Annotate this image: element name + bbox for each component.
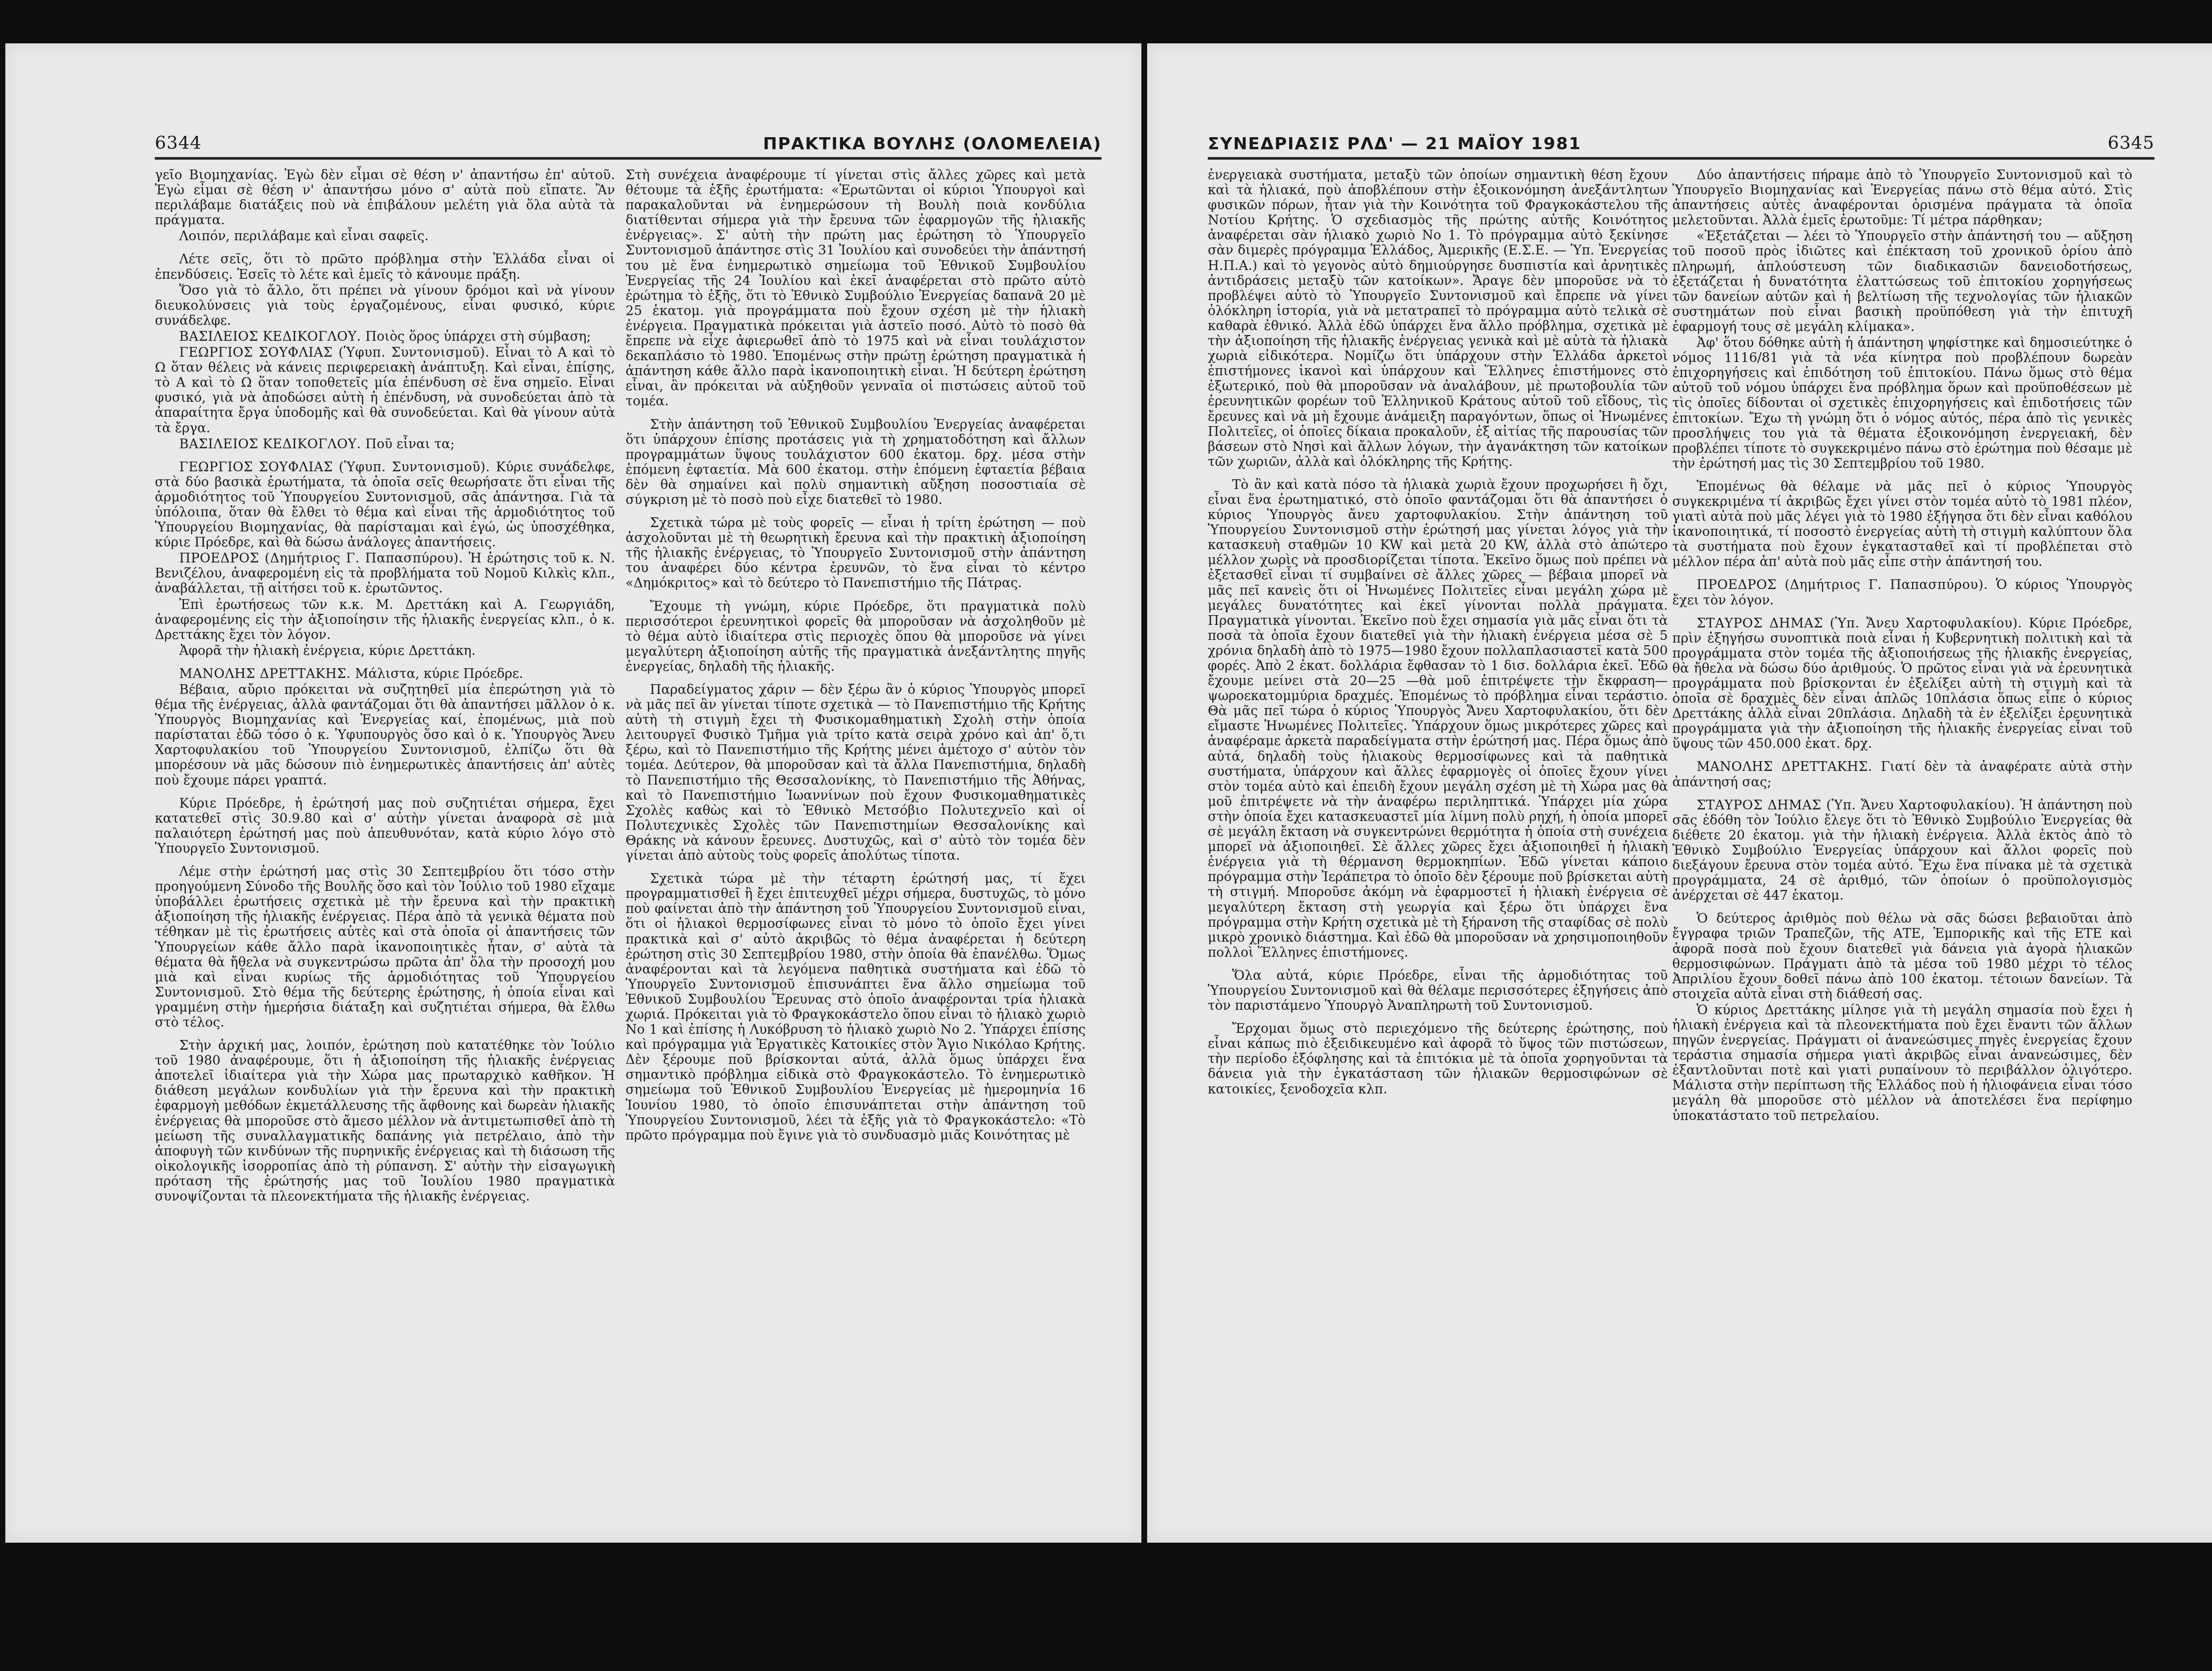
paragraph-text: Βέβαια, αὔριο πρόκειται νὰ συζητηθεῖ μία… (155, 682, 615, 788)
paragraph-text: Ὅσο γιὰ τὸ ἄλλο, ὅτι πρέπει νὰ γίνουν δρ… (155, 283, 615, 328)
text-column: Στὴ συνέχεια ἀναφέρουμε τί γίνεται στὶς … (626, 167, 1086, 1144)
paragraph-text: γεῖο Βιομηχανίας. Ἐγὼ δὲν εἶμαι σὲ θέση … (155, 167, 615, 227)
paragraph-text: Ὁ δεύτερος ἀριθμὸς ποὺ θέλω νὰ σᾶς δώσει… (1672, 911, 2132, 1001)
paragraph-text: Σχετικὰ τώρα μὲ τὴν τέταρτη ἐρώτησή μας,… (626, 871, 1086, 1143)
paragraph: Βέβαια, αὔριο πρόκειται νὰ συζητηθεῖ μία… (155, 682, 615, 788)
paragraph-text: Στὴ συνέχεια ἀναφέρουμε τί γίνεται στὶς … (626, 167, 1086, 408)
speaker-name: ΣΤΑΥΡΟΣ ΔΗΜΑΣ (Ὑπ. Ἄνευ Χαρτοφυλακίου). (1697, 797, 2020, 812)
speaker-name: ΜΑΝΟΛΗΣ ΔΡΕΤΤΑΚΗΣ. (179, 666, 355, 681)
paragraph-text: Κύριε Πρόεδρε, ἡ ἐρώτησή μας ποὺ συζητιέ… (155, 796, 615, 856)
paragraph-text: Τὸ ἂν καὶ κατὰ πόσο τὰ ἡλιακὰ χωριὰ ἔχου… (1208, 477, 1668, 960)
paragraph-text: Ἡ ἀπάντηση ποὺ σᾶς ἐδόθη τὸν Ἰούλιο ἔλεγ… (1672, 797, 2132, 903)
speaker-paragraph: ΠΡΟΕΔΡΟΣ (Δημήτριος Γ. Παπασπύρου). Ὁ κύ… (1672, 577, 2132, 607)
paragraph: γεῖο Βιομηχανίας. Ἐγὼ δὲν εἶμαι σὲ θέση … (155, 167, 615, 227)
paragraph-text: Ὁ κύριος Δρεττάκης μίλησε γιὰ τὴ μεγάλη … (1672, 1002, 2132, 1123)
paragraph: Λέτε σεῖς, ὅτι τὸ πρῶτο πρόβλημα στὴν Ἑλ… (155, 251, 615, 281)
header-rule (1208, 157, 2154, 160)
paragraph: Κύριε Πρόεδρε, ἡ ἐρώτησή μας ποὺ συζητιέ… (155, 796, 615, 856)
speaker-name: ΠΡΟΕΔΡΟΣ (Δημήτριος Γ. Παπασπύρου). (179, 551, 469, 566)
paragraph: Ὅλα αὐτά, κύριε Πρόεδρε, εἶναι τῆς ἁρμοδ… (1208, 968, 1668, 1013)
paragraph-text: Μάλιστα, κύριε Πρόεδρε. (355, 666, 523, 681)
speaker-name: ΓΕΩΡΓΙΟΣ ΣΟΥΦΛΙΑΣ (Ὑφυπ. Συντονισμοῦ). (179, 345, 495, 360)
speaker-name: ΓΕΩΡΓΙΟΣ ΣΟΥΦΛΙΑΣ (Ὑφυπ. Συντονισμοῦ). (179, 459, 496, 474)
speaker-name: ΠΡΟΕΔΡΟΣ (Δημήτριος Γ. Παπασπύρου). (1697, 577, 1996, 592)
paragraph: Ὁ δεύτερος ἀριθμὸς ποὺ θέλω νὰ σᾶς δώσει… (1672, 911, 2132, 1001)
speaker-paragraph: ΜΑΝΟΛΗΣ ΔΡΕΤΤΑΚΗΣ. Μάλιστα, κύριε Πρόεδρ… (155, 666, 615, 681)
speaker-paragraph: ΒΑΣΙΛΕΙΟΣ ΚΕΔΙΚΟΓΛΟΥ. Ποιὸς ὅρος ὑπάρχει… (155, 329, 615, 344)
paragraph-text: Ἀφ' ὅτου δόθηκε αὐτὴ ἡ ἀπάντηση ψηφίστηκ… (1672, 335, 2132, 471)
right-page: ΣΥΝΕΔΡΙΑΣΙΣ ΡΛΔ' — 21 ΜΑΪΟΥ 1981 6345 ἐν… (1147, 43, 2212, 1543)
paragraph: Σχετικὰ τώρα μὲ τὴν τέταρτη ἐρώτησή μας,… (626, 871, 1086, 1143)
paragraph-text: Ἔρχομαι ὅμως στὸ περιεχόμενο τῆς δεύτερη… (1208, 1021, 1668, 1096)
speaker-name: ΣΤΑΥΡΟΣ ΔΗΜΑΣ (Ὑπ. Ἄνευ Χαρτοφυλακίου). (1697, 616, 2029, 631)
speaker-paragraph: ΣΤΑΥΡΟΣ ΔΗΜΑΣ (Ὑπ. Ἄνευ Χαρτοφυλακίου). … (1672, 616, 2132, 751)
paragraph-text: Παραδείγματος χάριν — δὲν ξέρω ἂν ὁ κύρι… (626, 682, 1086, 863)
paragraph: Σχετικὰ τώρα μὲ τοὺς φορεῖς — εἶναι ἡ τρ… (626, 515, 1086, 590)
paragraph: Στὴ συνέχεια ἀναφέρουμε τί γίνεται στὶς … (626, 167, 1086, 409)
paragraph-text: Στὴν ἀπάντηση τοῦ Ἐθνικοῦ Συμβουλίου Ἐνε… (626, 417, 1086, 507)
paragraph-text: Δύο ἀπαντήσεις πήραμε ἀπὸ τὸ Ὑπουργεῖο Σ… (1672, 167, 2132, 227)
paragraph-text: Σχετικὰ τώρα μὲ τοὺς φορεῖς — εἶναι ἡ τρ… (626, 515, 1086, 590)
paragraph-text: Ὅλα αὐτά, κύριε Πρόεδρε, εἶναι τῆς ἁρμοδ… (1208, 968, 1668, 1013)
header-rule (155, 157, 1102, 160)
paragraph: «Ἐξετάζεται — λέει τὸ Ὑπουργεῖο στὴν ἀπά… (1672, 228, 2132, 334)
speaker-name: ΜΑΝΟΛΗΣ ΔΡΕΤΤΑΚΗΣ. (1697, 759, 1881, 774)
paragraph-text: Ἐπὶ ἐρωτήσεως τῶν κ.κ. Μ. Δρεττάκη καὶ Α… (155, 597, 615, 642)
speaker-paragraph: ΒΑΣΙΛΕΙΟΣ ΚΕΔΙΚΟΓΛΟΥ. Ποῦ εἶναι τα; (155, 436, 615, 451)
paragraph: Ὁ κύριος Δρεττάκης μίλησε γιὰ τὴ μεγάλη … (1672, 1002, 2132, 1123)
text-column: Δύο ἀπαντήσεις πήραμε ἀπὸ τὸ Ὑπουργεῖο Σ… (1672, 167, 2132, 1124)
speaker-paragraph: ΓΕΩΡΓΙΟΣ ΣΟΥΦΛΙΑΣ (Ὑφυπ. Συντονισμοῦ). Κ… (155, 459, 615, 550)
text-column: ἐνεργειακὰ συστήματα, μεταξὺ τῶν ὁποίων … (1208, 167, 1668, 1097)
speaker-paragraph: ΠΡΟΕΔΡΟΣ (Δημήτριος Γ. Παπασπύρου). Ἡ ἐρ… (155, 551, 615, 596)
paragraph: Ἑπομένως θὰ θέλαμε νὰ μᾶς πεῖ ὁ κύριος Ὑ… (1672, 479, 2132, 570)
speaker-paragraph: ΓΕΩΡΓΙΟΣ ΣΟΥΦΛΙΑΣ (Ὑφυπ. Συντονισμοῦ). Ε… (155, 345, 615, 435)
paragraph: Παραδείγματος χάριν — δὲν ξέρω ἂν ὁ κύρι… (626, 682, 1086, 863)
paragraph-text: Λέμε στὴν ἐρώτησή μας στὶς 30 Σεπτεμβρίο… (155, 864, 615, 1030)
paragraph-text: Ἑπομένως θὰ θέλαμε νὰ μᾶς πεῖ ὁ κύριος Ὑ… (1672, 479, 2132, 569)
paragraph: Στὴν ἀρχική μας, λοιπόν, ἐρώτηση ποὺ κατ… (155, 1038, 615, 1204)
paragraph-text: Ἀφορᾶ τὴν ἡλιακὴ ἐνέργεια, κύριε Δρεττάκ… (179, 643, 476, 658)
paragraph-text: Ἔχουμε τὴ γνώμη, κύριε Πρόεδρε, ὅτι πραγ… (626, 599, 1086, 674)
running-head: ΣΥΝΕΔΡΙΑΣΙΣ ΡΛΔ' — 21 ΜΑΪΟΥ 1981 (1208, 134, 1581, 153)
page-number: 6344 (155, 133, 202, 153)
paragraph: Ἀφ' ὅτου δόθηκε αὐτὴ ἡ ἀπάντηση ψηφίστηκ… (1672, 335, 2132, 471)
paragraph: Λοιπόν, περιλάβαμε καὶ εἶναι σαφεῖς. (155, 228, 615, 243)
paragraph-text: Ποιὸς ὅρος ὑπάρχει στὴ σύμβαση; (365, 329, 591, 344)
paragraph-text: Λοιπόν, περιλάβαμε καὶ εἶναι σαφεῖς. (179, 228, 429, 243)
paragraph: Λέμε στὴν ἐρώτησή μας στὶς 30 Σεπτεμβρίο… (155, 864, 615, 1030)
paragraph: Ἐπὶ ἐρωτήσεως τῶν κ.κ. Μ. Δρεττάκη καὶ Α… (155, 597, 615, 642)
paragraph-text: ἐνεργειακὰ συστήματα, μεταξὺ τῶν ὁποίων … (1208, 167, 1668, 469)
left-page-header: 6344 ΠΡΑΚΤΙΚΑ ΒΟΥΛΗΣ (ΟΛΟΜΕΛΕΙΑ) (155, 118, 1102, 153)
text-column: γεῖο Βιομηχανίας. Ἐγὼ δὲν εἶμαι σὲ θέση … (155, 167, 615, 1205)
paragraph-text: Λέτε σεῖς, ὅτι τὸ πρῶτο πρόβλημα στὴν Ἑλ… (155, 251, 615, 281)
right-page-header: ΣΥΝΕΔΡΙΑΣΙΣ ΡΛΔ' — 21 ΜΑΪΟΥ 1981 6345 (1208, 118, 2154, 153)
paragraph-text: Ποῦ εἶναι τα; (365, 436, 455, 451)
left-page: 6344 ΠΡΑΚΤΙΚΑ ΒΟΥΛΗΣ (ΟΛΟΜΕΛΕΙΑ) γεῖο Βι… (5, 43, 1141, 1543)
paragraph-text: Κύριε Πρόεδρε, πρὶν ἐξηγήσω συνοπτικὰ πο… (1672, 616, 2132, 751)
paragraph: Δύο ἀπαντήσεις πήραμε ἀπὸ τὸ Ὑπουργεῖο Σ… (1672, 167, 2132, 227)
speaker-paragraph: ΜΑΝΟΛΗΣ ΔΡΕΤΤΑΚΗΣ. Γιατί δὲν τὰ ἀναφέρατ… (1672, 759, 2132, 789)
book-spine (1141, 43, 1147, 1543)
speaker-name: ΒΑΣΙΛΕΙΟΣ ΚΕΔΙΚΟΓΛΟΥ. (179, 329, 365, 344)
running-head: ΠΡΑΚΤΙΚΑ ΒΟΥΛΗΣ (ΟΛΟΜΕΛΕΙΑ) (763, 134, 1102, 153)
paragraph-text: Στὴν ἀρχική μας, λοιπόν, ἐρώτηση ποὺ κατ… (155, 1038, 615, 1204)
paragraph: Στὴν ἀπάντηση τοῦ Ἐθνικοῦ Συμβουλίου Ἐνε… (626, 417, 1086, 508)
paragraph: Ὅσο γιὰ τὸ ἄλλο, ὅτι πρέπει νὰ γίνουν δρ… (155, 283, 615, 328)
speaker-paragraph: ΣΤΑΥΡΟΣ ΔΗΜΑΣ (Ὑπ. Ἄνευ Χαρτοφυλακίου). … (1672, 797, 2132, 903)
paragraph: Ἀφορᾶ τὴν ἡλιακὴ ἐνέργεια, κύριε Δρεττάκ… (155, 643, 615, 658)
paragraph: Ἔρχομαι ὅμως στὸ περιεχόμενο τῆς δεύτερη… (1208, 1021, 1668, 1096)
paragraph: Τὸ ἂν καὶ κατὰ πόσο τὰ ἡλιακὰ χωριὰ ἔχου… (1208, 477, 1668, 960)
speaker-name: ΒΑΣΙΛΕΙΟΣ ΚΕΔΙΚΟΓΛΟΥ. (179, 436, 365, 451)
paragraph-text: «Ἐξετάζεται — λέει τὸ Ὑπουργεῖο στὴν ἀπά… (1672, 228, 2132, 334)
paragraph: Ἔχουμε τὴ γνώμη, κύριε Πρόεδρε, ὅτι πραγ… (626, 599, 1086, 674)
page-number: 6345 (2108, 133, 2154, 153)
paragraph: ἐνεργειακὰ συστήματα, μεταξὺ τῶν ὁποίων … (1208, 167, 1668, 469)
